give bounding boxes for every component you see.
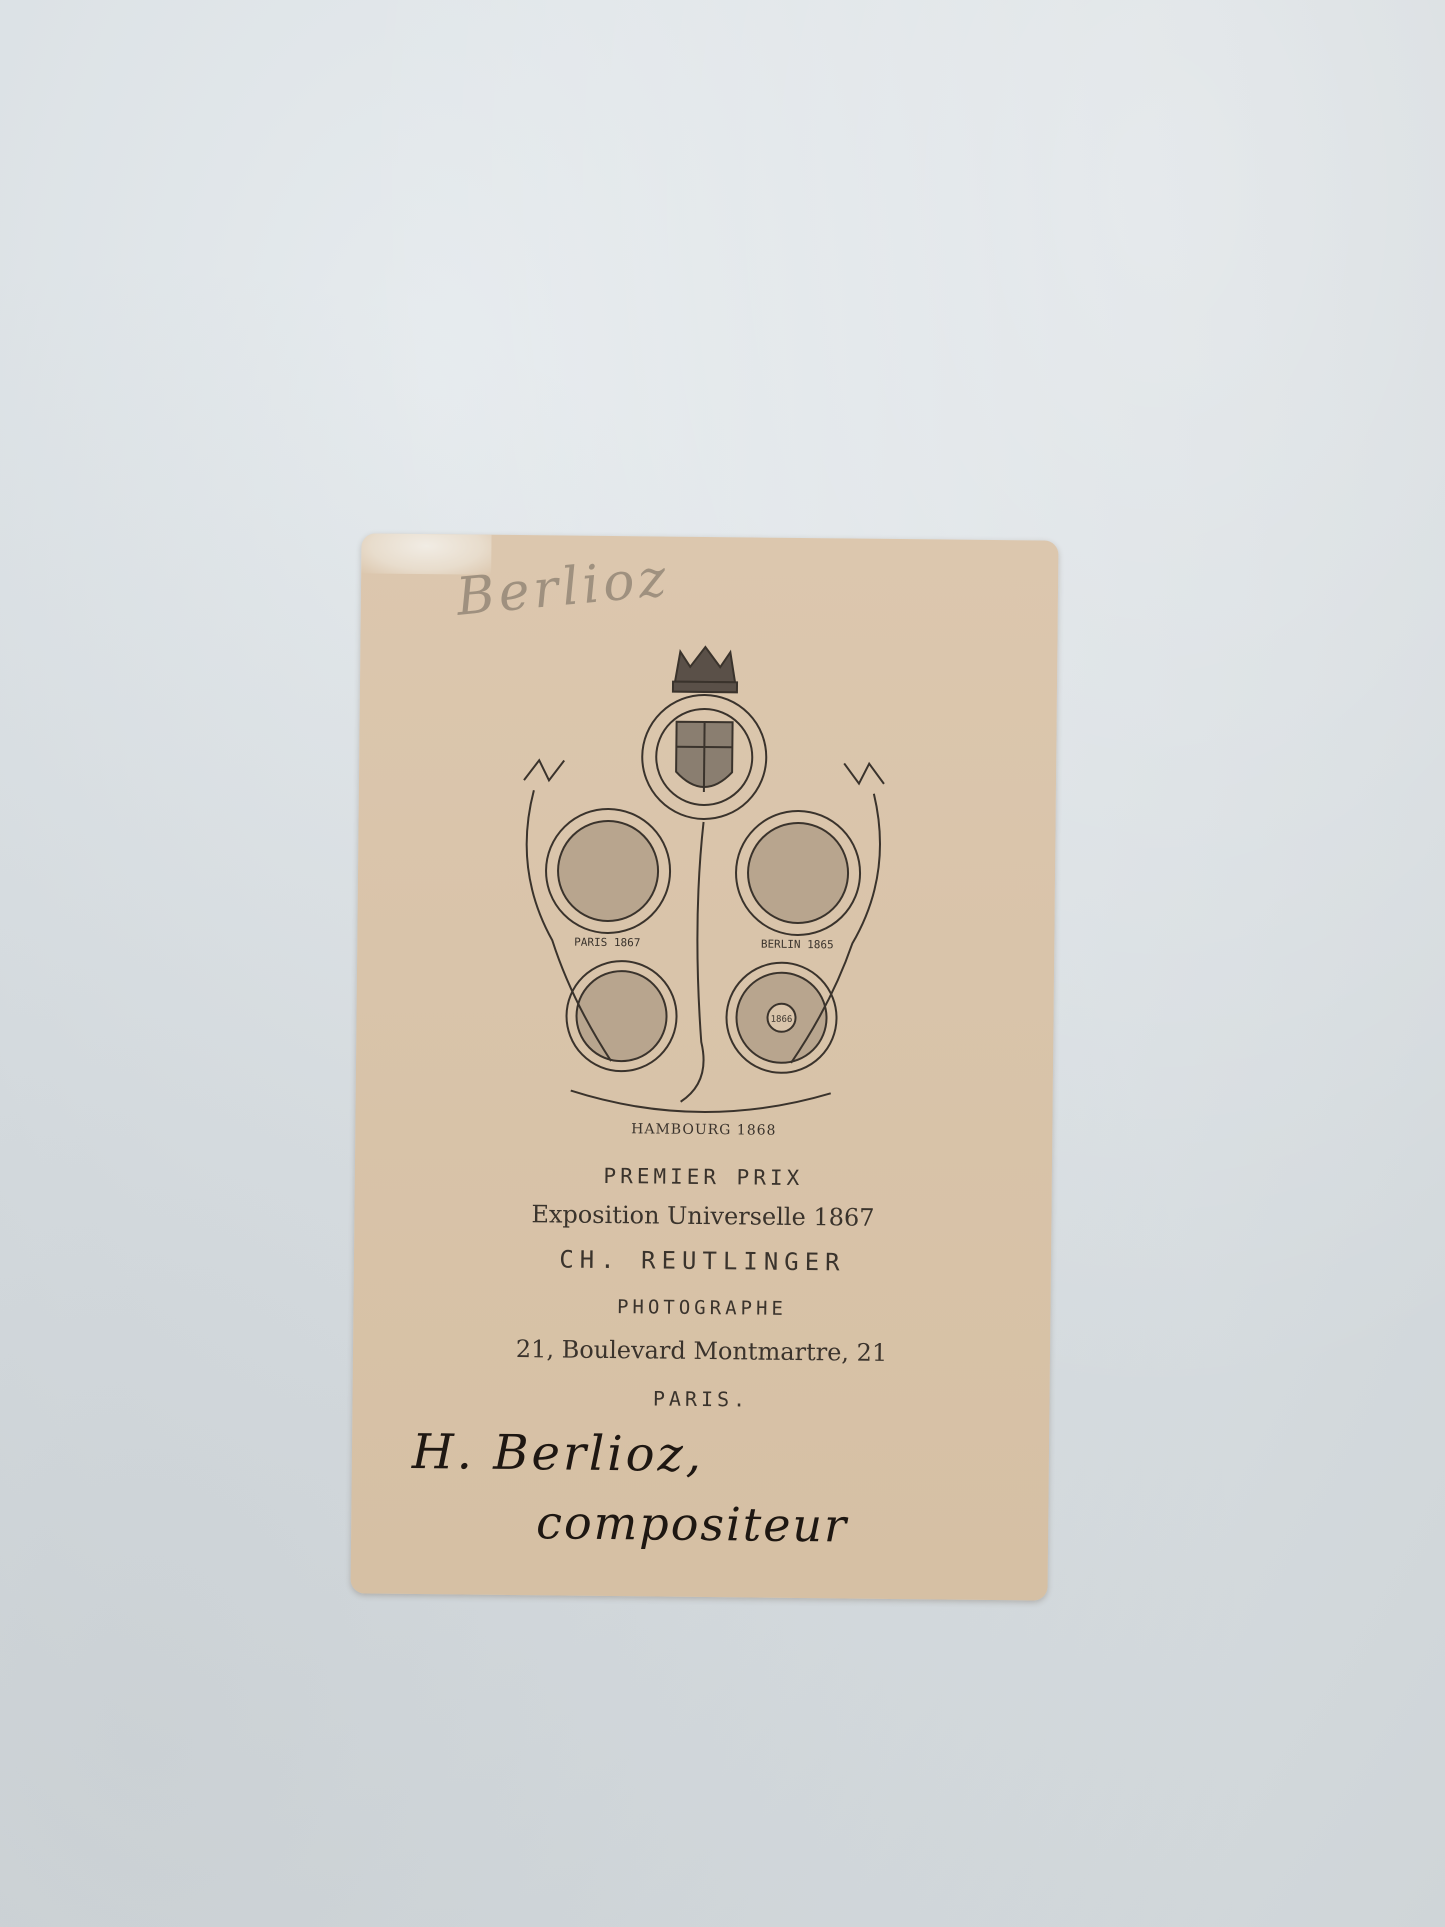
medal-label-year: 1866: [771, 1015, 793, 1025]
exposition-text: Exposition Universelle 1867: [354, 1198, 1051, 1233]
photographer-name: CH. REUTLINGER: [354, 1243, 1051, 1278]
medal-label-berlin: BERLIN 1865: [761, 938, 834, 952]
coat-of-arms-emblem: PARIS 1867 BERLIN 1865 1866: [510, 640, 895, 1144]
pencil-note: Berlioz: [454, 544, 718, 628]
address-text: 21, Boulevard Montmartre, 21: [353, 1333, 1050, 1368]
city-text: PARIS.: [352, 1383, 1049, 1414]
inscription-role: compositeur: [536, 1495, 848, 1552]
emblem-illustration: PARIS 1867 BERLIN 1865 1866: [510, 640, 895, 1144]
profession-text: PHOTOGRAPHE: [353, 1293, 1050, 1322]
crown-icon: [675, 647, 735, 683]
premier-prix-text: PREMIER PRIX: [355, 1161, 1052, 1192]
inscription-name: H. Berlioz,: [412, 1424, 705, 1483]
carte-de-visite-card: Berlioz: [350, 533, 1058, 1600]
medal-label-paris: PARIS 1867: [574, 936, 640, 950]
